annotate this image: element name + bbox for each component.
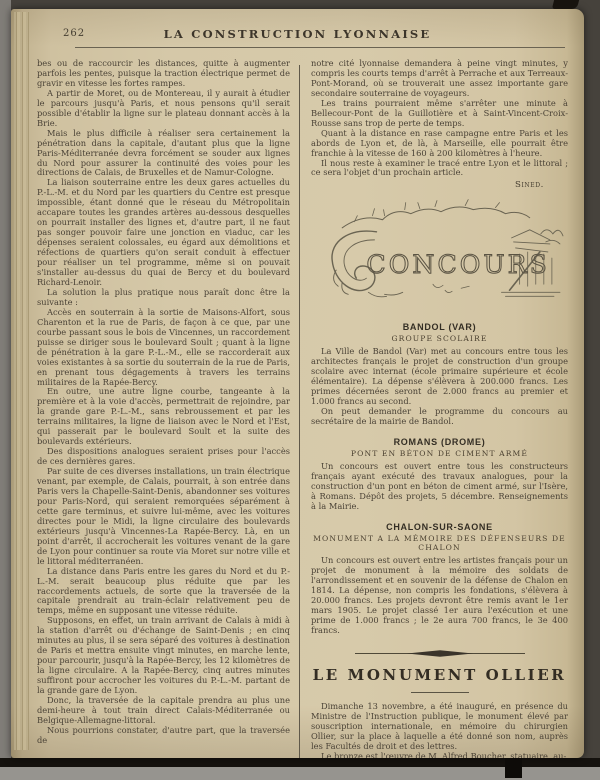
paragraph: Accès en souterrain à la sortie de Maiso… <box>37 308 290 388</box>
paragraph: Supposons, en effet, un train arrivant d… <box>37 616 290 696</box>
paragraph: Par suite de ces diverses installations,… <box>37 467 290 567</box>
section-title: CHALON-SUR-SAONE <box>311 522 568 532</box>
section-chalon: CHALON-SUR-SAONE MONUMENT A LA MÉMOIRE D… <box>311 522 568 636</box>
article-title: LE MONUMENT OLLIER <box>311 666 568 684</box>
paragraph: La Ville de Bandol (Var) met au concours… <box>311 347 568 407</box>
column-divider-rule <box>299 65 300 758</box>
binding-mark-bottom <box>505 758 522 778</box>
article-divider-ornament <box>355 649 525 658</box>
journal-title: LA CONSTRUCTION LYONNAISE <box>11 27 584 41</box>
paragraph: Mais le plus difficile à réaliser sera c… <box>37 129 290 179</box>
scanner-background-left <box>0 0 11 780</box>
paragraph: Le bronze est l'œuvre de M. Alfred Bouch… <box>311 752 568 758</box>
paragraph: Nous pourrions constater, d'autre part, … <box>37 726 290 746</box>
section-subtitle: MONUMENT A LA MÉMOIRE DES DÉFENSEURS DE … <box>311 534 568 552</box>
paragraph: Un concours est ouvert entre tous les co… <box>311 462 568 512</box>
paragraph: bes ou de raccourcir les distances, quit… <box>37 59 290 89</box>
left-column: bes ou de raccourcir les distances, quit… <box>37 59 290 758</box>
section-title: BANDOL (VAR) <box>311 322 568 332</box>
section-bandol: BANDOL (VAR) GROUPE SCOLAIRE La Ville de… <box>311 322 568 427</box>
right-column: notre cité lyonnaise demandera à peine v… <box>311 59 568 758</box>
concours-banner-title: CONCOURS <box>366 251 550 280</box>
paragraph: Un concours est ouvert entre les artiste… <box>311 556 568 636</box>
section-romans: ROMANS (DROME) PONT EN BÉTON DE CIMENT A… <box>311 437 568 512</box>
section-title: ROMANS (DROME) <box>311 437 568 447</box>
section-subtitle: PONT EN BÉTON DE CIMENT ARMÉ <box>311 449 568 458</box>
book-spine-page-edges <box>14 12 29 750</box>
paragraph: Il nous reste à examiner le tracé entre … <box>311 159 568 179</box>
paragraph: notre cité lyonnaise demandera à peine v… <box>311 59 568 99</box>
columns: bes ou de raccourcir les distances, quit… <box>37 59 568 758</box>
page-paper: 262 LA CONSTRUCTION LYONNAISE bes ou de … <box>11 9 584 758</box>
header-rule <box>75 47 565 48</box>
paragraph: La distance dans Paris entre les gares d… <box>37 567 290 617</box>
paragraph: Quant à la distance en rase campagne ent… <box>311 129 568 159</box>
section-subtitle: GROUPE SCOLAIRE <box>311 334 568 343</box>
paragraph: On peut demander le programme du concour… <box>311 407 568 427</box>
binding-mark-top-right <box>552 0 579 9</box>
paragraph: A partir de Moret, ou de Montereau, il y… <box>37 89 290 129</box>
paragraph: Donc, la traversée de la capitale prendr… <box>37 696 290 726</box>
scan-stage: 262 LA CONSTRUCTION LYONNAISE bes ou de … <box>0 0 600 780</box>
paragraph: Les trains pourraient même s'arrêter une… <box>311 99 568 129</box>
concours-banner-illustration: CONCOURS <box>314 196 566 312</box>
paragraph: La liaison souterraine entre les deux ga… <box>37 178 290 287</box>
paragraph: Des dispositions analogues seraient pris… <box>37 447 290 467</box>
paragraph: Dimanche 13 novembre, a été inauguré, en… <box>311 702 568 752</box>
article-title-rule <box>411 692 469 693</box>
author-signature: Sined. <box>311 180 544 190</box>
paragraph: La solution la plus pratique nous paraît… <box>37 288 290 308</box>
paragraph: En outre, une autre ligne courbe, tangea… <box>37 387 290 447</box>
